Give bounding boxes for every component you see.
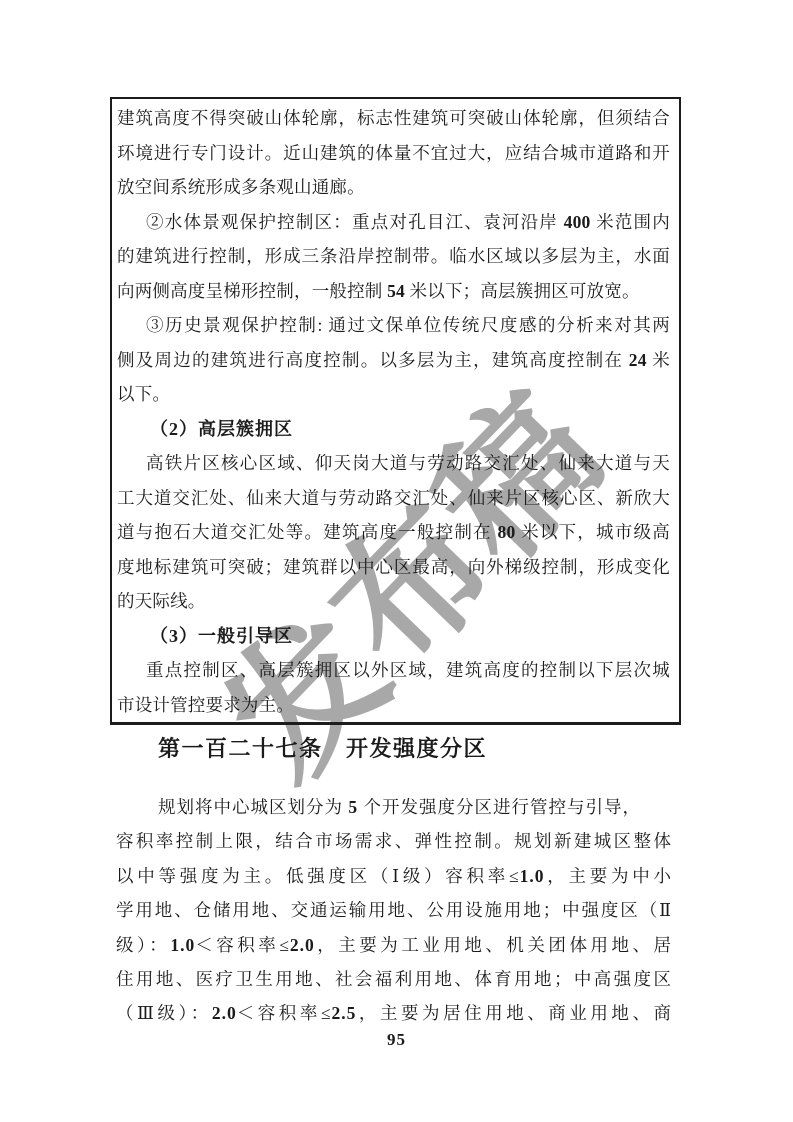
- bold-number: 54: [387, 281, 405, 301]
- text-segment: 米以下，城市级高: [515, 522, 670, 542]
- text-segment: 规划将中心城区划分为: [158, 797, 348, 817]
- text-line: 学用地、仓储用地、交通运输用地、公用设施用地；中强度区（Ⅱ: [116, 893, 672, 927]
- page-content: 建筑高度不得突破山体轮廓，标志性建筑可突破山体轮廓，但须结合环境进行专门设计。近…: [0, 0, 793, 1122]
- text-line: （Ⅲ级）：2.0＜容积率≤2.5，主要为居住用地、商业用地、商: [116, 996, 672, 1030]
- bold-number: 5: [348, 797, 358, 817]
- text-segment: 的天际线。: [117, 591, 206, 611]
- text-line: 以中等强度为主。低强度区（Ⅰ级）容积率≤1.0，主要为中小: [116, 859, 672, 893]
- text-segment: 市设计管控要求为主。: [117, 695, 294, 715]
- article-body: 规划将中心城区划分为 5 个开发强度分区进行管控与引导，容积率控制上限，结合市场…: [116, 790, 672, 1031]
- text-segment: 高铁片区核心区域、仰天岗大道与劳动路交汇处、仙来大道与天: [146, 453, 670, 473]
- text-line: ②水体景观保护控制区：重点对孔目江、袁河沿岸 400 米范围内: [117, 205, 670, 240]
- text-segment: （2）高层簇拥区: [150, 419, 293, 439]
- text-segment: 学用地、仓储用地、交通运输用地、公用设施用地；中强度区（Ⅱ: [116, 900, 672, 920]
- text-segment: 道与抱石大道交汇处等。建筑高度一般控制在: [117, 522, 498, 542]
- text-segment: 环境进行专门设计。近山建筑的体量不宜过大，应结合城市道路和开: [117, 143, 670, 163]
- text-line: 级）：1.0＜容积率≤2.0，主要为工业用地、机关团体用地、居: [116, 928, 672, 962]
- text-segment: 工大道交汇处、仙来大道与劳动路交汇处、仙来片区核心区、新欣大: [117, 488, 670, 508]
- text-segment: 度地标建筑可突破；建筑群以中心区最高，向外梯级控制，形成变化: [117, 557, 670, 577]
- text-segment: 的建筑进行控制，形成三条沿岸控制带。临水区域以多层为主，水面: [117, 246, 670, 266]
- article-heading: 第一百二十七条 开发强度分区: [116, 735, 672, 763]
- text-line: 市设计管控要求为主。: [117, 688, 670, 723]
- text-line: 容积率控制上限，结合市场需求、弹性控制。规划新建城区整体: [116, 824, 672, 858]
- text-line: 高铁片区核心区域、仰天岗大道与劳动路交汇处、仙来大道与天: [117, 446, 670, 481]
- text-segment: ，主要为工业用地、机关团体用地、居: [315, 935, 672, 955]
- text-segment: ＜容积率≤: [195, 935, 290, 955]
- bordered-section: 建筑高度不得突破山体轮廓，标志性建筑可突破山体轮廓，但须结合环境进行专门设计。近…: [110, 97, 681, 725]
- text-segment: （3）一般引导区: [150, 626, 293, 646]
- text-segment: 级）：: [116, 935, 170, 955]
- text-line: 建筑高度不得突破山体轮廓，标志性建筑可突破山体轮廓，但须结合: [117, 101, 670, 136]
- text-line: 重点控制区、高层簇拥区以外区域，建筑高度的控制以下层次城: [117, 653, 670, 688]
- text-line: 放空间系统形成多条观山通廊。: [117, 170, 670, 205]
- text-line: 住用地、医疗卫生用地、社会福利用地、体育用地；中高强度区: [116, 962, 672, 996]
- text-line: 向两侧高度呈梯形控制，一般控制 54 米以下；高层簇拥区可放宽。: [117, 274, 670, 309]
- text-line: 的天际线。: [117, 584, 670, 619]
- text-segment: 向两侧高度呈梯形控制，一般控制: [117, 281, 387, 301]
- text-segment: ②水体景观保护控制区：重点对孔目江、袁河沿岸: [146, 212, 564, 232]
- text-line: 度地标建筑可突破；建筑群以中心区最高，向外梯级控制，形成变化: [117, 550, 670, 585]
- text-line: 环境进行专门设计。近山建筑的体量不宜过大，应结合城市道路和开: [117, 136, 670, 171]
- bold-number: 400: [564, 212, 591, 232]
- text-segment: 个开发强度分区进行管控与引导，: [358, 797, 641, 817]
- article-section: 第一百二十七条 开发强度分区 规划将中心城区划分为 5 个开发强度分区进行管控与…: [116, 735, 672, 1031]
- text-segment: ③历史景观保护控制: 通过文保单位传统尺度感的分析来对其两: [146, 315, 670, 335]
- sub-heading: （3）一般引导区: [117, 619, 670, 654]
- text-segment: 侧及周边的建筑进行高度控制。以多层为主，建筑高度控制在: [117, 350, 629, 370]
- text-line: 规划将中心城区划分为 5 个开发强度分区进行管控与引导，: [116, 790, 672, 824]
- text-segment: 容积率控制上限，结合市场需求、弹性控制。规划新建城区整体: [116, 831, 672, 851]
- text-segment: 米: [647, 350, 670, 370]
- text-line: 的建筑进行控制，形成三条沿岸控制带。临水区域以多层为主，水面: [117, 239, 670, 274]
- page-number: 95: [0, 1030, 793, 1050]
- text-line: 侧及周边的建筑进行高度控制。以多层为主，建筑高度控制在 24 米: [117, 343, 670, 378]
- text-segment: 以中等强度为主。低强度区（Ⅰ级）容积率≤: [116, 866, 520, 886]
- sub-heading: （2）高层簇拥区: [117, 412, 670, 447]
- bold-number: 2.0: [212, 1003, 237, 1023]
- text-segment: 米以下；高层簇拥区可放宽。: [405, 281, 640, 301]
- text-line: 道与抱石大道交汇处等。建筑高度一般控制在 80 米以下，城市级高: [117, 515, 670, 550]
- text-segment: 住用地、医疗卫生用地、社会福利用地、体育用地；中高强度区: [116, 969, 672, 989]
- bold-number: 1.0: [170, 935, 195, 955]
- text-segment: 以下。: [117, 384, 170, 404]
- bold-number: 2.5: [332, 1003, 357, 1023]
- text-segment: （Ⅲ级）：: [116, 1003, 212, 1023]
- bold-number: 24: [629, 350, 647, 370]
- text-segment: ，主要为居住用地、商业用地、商: [356, 1003, 672, 1023]
- document-page: 发布稿 建筑高度不得突破山体轮廓，标志性建筑可突破山体轮廓，但须结合环境进行专门…: [0, 0, 793, 1122]
- bold-number: 2.0: [290, 935, 315, 955]
- text-line: ③历史景观保护控制: 通过文保单位传统尺度感的分析来对其两: [117, 308, 670, 343]
- text-line: 以下。: [117, 377, 670, 412]
- text-segment: ＜容积率≤: [237, 1003, 332, 1023]
- text-segment: 建筑高度不得突破山体轮廓，标志性建筑可突破山体轮廓，但须结合: [117, 108, 670, 128]
- text-segment: ，主要为中小: [545, 866, 672, 886]
- text-segment: 重点控制区、高层簇拥区以外区域，建筑高度的控制以下层次城: [146, 660, 670, 680]
- text-segment: 放空间系统形成多条观山通廊。: [117, 177, 365, 197]
- text-line: 工大道交汇处、仙来大道与劳动路交汇处、仙来片区核心区、新欣大: [117, 481, 670, 516]
- bold-number: 80: [498, 522, 516, 542]
- bold-number: 1.0: [520, 866, 545, 886]
- text-segment: 米范围内: [591, 212, 671, 232]
